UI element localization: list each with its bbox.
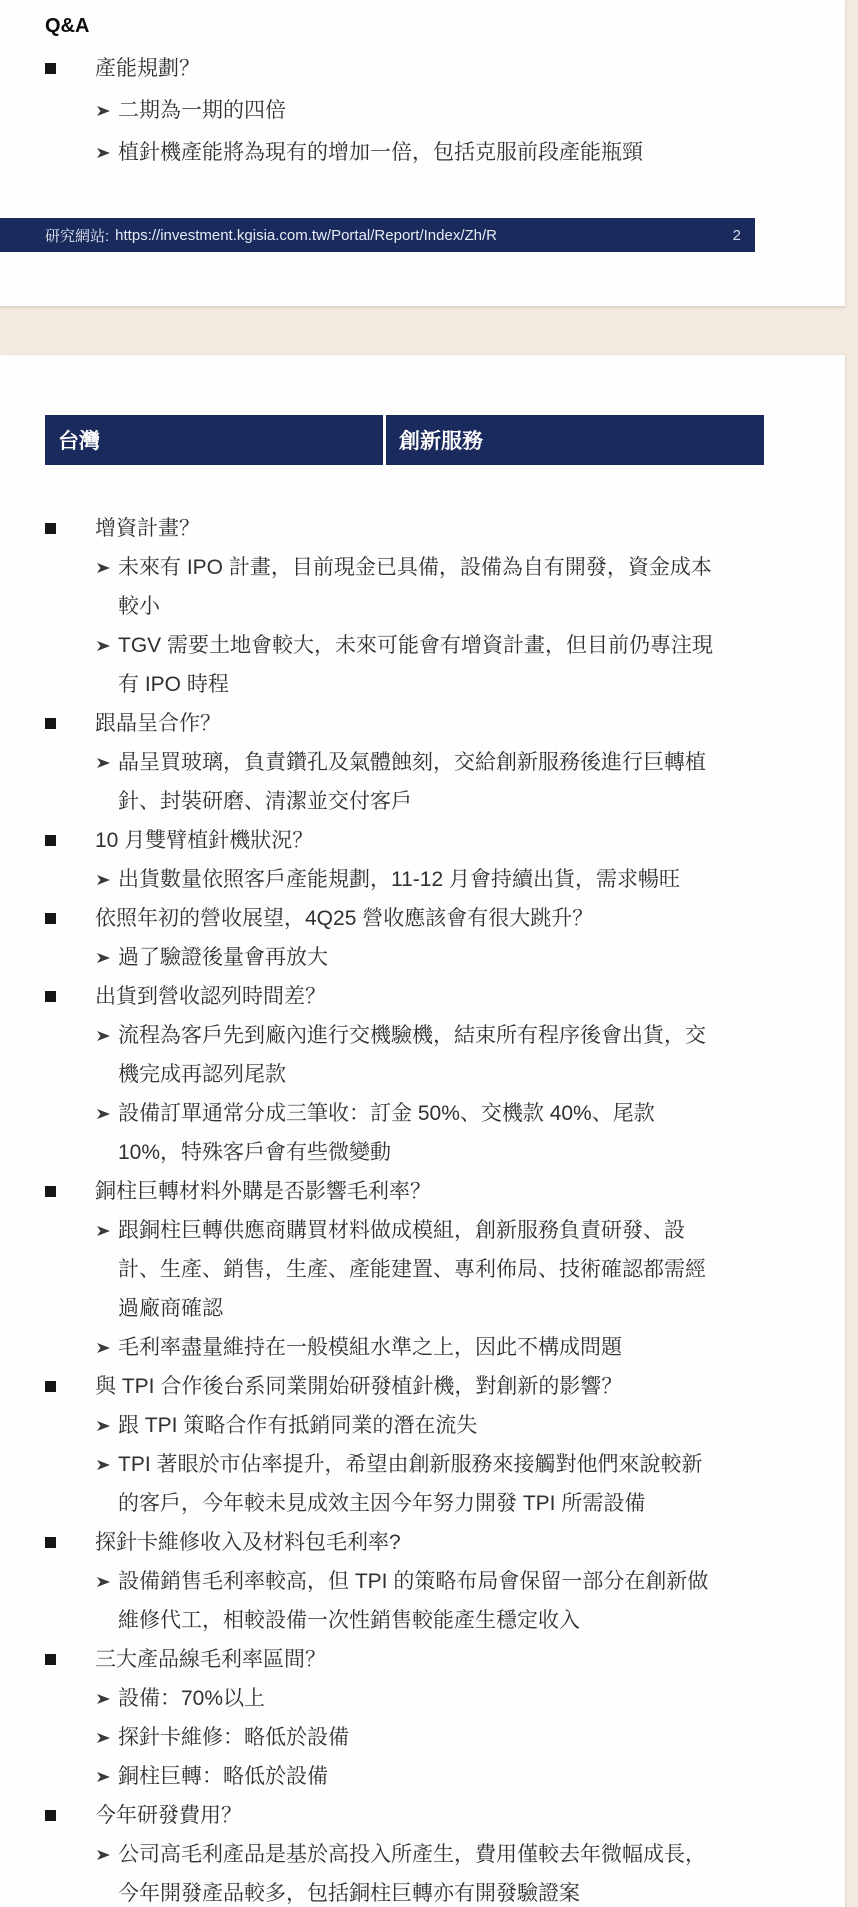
table-header-cell-region: 台灣 [45,415,386,465]
square-bullet-icon [45,1537,56,1548]
answer-row: 晶呈買玻璃，負責鑽孔及氣體蝕刻，交給創新服務後進行巨轉植 針、封裝研磨、清潔並交… [45,743,845,821]
answer-row: 銅柱巨轉：略低於設備 [45,1757,845,1796]
arrowhead-bullet-icon [95,1094,118,1127]
square-bullet-icon [45,63,56,74]
qa-item: 跟晶呈合作？ 晶呈買玻璃，負責鑽孔及氣體蝕刻，交給創新服務後進行巨轉植 針、封裝… [45,704,845,821]
answer-row: 出貨數量依照客戶產能規劃，11-12 月會持續出貨，需求暢旺 [45,860,845,899]
question-text: 增資計畫？ [95,509,200,548]
arrowhead-bullet-icon [95,1445,118,1478]
square-bullet-icon [45,991,56,1002]
qa-item: 三大產品線毛利率區間？ 設備：70%以上 探針卡維修：略低於設備 銅柱巨轉：略低… [45,1640,845,1796]
question-row: 出貨到營收認列時間差？ [45,977,845,1016]
question-text: 10 月雙臂植針機狀況？ [95,821,313,860]
arrowhead-bullet-icon [95,1757,118,1790]
question-text: 探針卡維修收入及材料包毛利率? [95,1523,401,1562]
arrowhead-bullet-icon [95,1679,118,1712]
answer-row: 跟 TPI 策略合作有抵銷同業的潛在流失 [45,1406,845,1445]
page1-qa-list: 產能規劃？ 二期為一期的四倍 植針機產能將為現有的增加一倍，包括克服前段產能瓶頸 [45,48,845,174]
answer-text: 流程為客戶先到廠內進行交機驗機，結束所有程序後會出貨，交 機完成再認列尾款 [118,1016,706,1094]
document-viewer: { "colors":{ "navy":"#1b2a5c", "page_bac… [0,0,858,1907]
answer-row: 設備訂單通常分成三筆收：訂金 50%、交機款 40%、尾款 10%，特殊客戶會有… [45,1094,845,1172]
arrowhead-bullet-icon [95,1016,118,1049]
question-row: 跟晶呈合作？ [45,704,845,743]
arrowhead-bullet-icon [95,938,118,971]
qa-item: 產能規劃？ 二期為一期的四倍 植針機產能將為現有的增加一倍，包括克服前段產能瓶頸 [45,48,845,174]
answer-text: 設備銷售毛利率較高，但 TPI 的策略布局會保留一部分在創新做 維修代工，相較設… [118,1562,708,1640]
qa-item: 探針卡維修收入及材料包毛利率? 設備銷售毛利率較高，但 TPI 的策略布局會保留… [45,1523,845,1640]
question-text: 依照年初的營收展望，4Q25 營收應該會有很大跳升？ [95,899,593,938]
answer-text: 二期為一期的四倍 [118,90,286,132]
arrowhead-bullet-icon [95,90,118,124]
qa-item: 10 月雙臂植針機狀況？ 出貨數量依照客戶產能規劃，11-12 月會持續出貨，需… [45,821,845,899]
table-header-cell-company: 創新服務 [386,415,764,465]
qa-section-heading: Q&A [45,0,845,40]
arrowhead-bullet-icon [95,1835,118,1868]
answer-row: 探針卡維修：略低於設備 [45,1718,845,1757]
answer-row: 過了驗證後量會再放大 [45,938,845,977]
answer-row: 毛利率盡量維持在一般模組水準之上，因此不構成問題 [45,1328,845,1367]
qa-item: 與 TPI 合作後台系同業開始研發植針機，對創新的影響？ 跟 TPI 策略合作有… [45,1367,845,1523]
question-text: 銅柱巨轉材料外購是否影響毛利率？ [95,1172,431,1211]
footer-page-number: 2 [733,227,741,244]
answer-row: 公司高毛利產品是基於高投入所產生，費用僅較去年微幅成長， 今年開發產品較多，包括… [45,1835,845,1907]
answer-text: 過了驗證後量會再放大 [118,938,328,977]
question-text: 與 TPI 合作後台系同業開始研發植針機，對創新的影響？ [95,1367,622,1406]
question-text: 跟晶呈合作？ [95,704,221,743]
answer-text: 未來有 IPO 計畫，目前現金已具備，設備為自有開發，資金成本 較小 [118,548,712,626]
qa-item: 銅柱巨轉材料外購是否影響毛利率？ 跟銅柱巨轉供應商購買材料做成模組，創新服務負責… [45,1172,845,1367]
question-row: 探針卡維修收入及材料包毛利率? [45,1523,845,1562]
page-2: 台灣 創新服務 增資計畫？ 未來有 IPO 計畫，目前現金已具備，設備為自有開發… [0,355,845,1907]
arrowhead-bullet-icon [95,1328,118,1361]
square-bullet-icon [45,835,56,846]
arrowhead-bullet-icon [95,132,118,166]
answer-row: 未來有 IPO 計畫，目前現金已具備，設備為自有開發，資金成本 較小 [45,548,845,626]
qa-item: 出貨到營收認列時間差？ 流程為客戶先到廠內進行交機驗機，結束所有程序後會出貨，交… [45,977,845,1172]
page2-qa-list: 增資計畫？ 未來有 IPO 計畫，目前現金已具備，設備為自有開發，資金成本 較小… [45,509,845,1907]
answer-text: 設備：70%以上 [118,1679,265,1718]
answer-text: TPI 著眼於市佔率提升，希望由創新服務來接觸對他們來說較新 的客戶，今年較未見… [118,1445,703,1523]
square-bullet-icon [45,913,56,924]
square-bullet-icon [45,1810,56,1821]
question-text: 三大產品線毛利率區間？ [95,1640,326,1679]
answer-row: TPI 著眼於市佔率提升，希望由創新服務來接觸對他們來說較新 的客戶，今年較未見… [45,1445,845,1523]
arrowhead-bullet-icon [95,626,118,659]
footer-site-label: 研究網站: [45,225,109,246]
question-row: 今年研發費用？ [45,1796,845,1835]
square-bullet-icon [45,1381,56,1392]
question-row: 依照年初的營收展望，4Q25 營收應該會有很大跳升？ [45,899,845,938]
square-bullet-icon [45,523,56,534]
answer-text: 設備訂單通常分成三筆收：訂金 50%、交機款 40%、尾款 10%，特殊客戶會有… [118,1094,655,1172]
answer-text: 晶呈買玻璃，負責鑽孔及氣體蝕刻，交給創新服務後進行巨轉植 針、封裝研磨、清潔並交… [118,743,706,821]
arrowhead-bullet-icon [95,1718,118,1751]
question-row: 銅柱巨轉材料外購是否影響毛利率？ [45,1172,845,1211]
footer-bar: 研究網站: https://investment.kgisia.com.tw/P… [0,218,755,252]
question-text: 今年研發費用？ [95,1796,242,1835]
answer-text: 出貨數量依照客戶產能規劃，11-12 月會持續出貨，需求暢旺 [118,860,680,899]
question-text: 出貨到營收認列時間差？ [95,977,326,1016]
footer-url-link[interactable]: https://investment.kgisia.com.tw/Portal/… [115,227,497,244]
page-1: Q&A 產能規劃？ 二期為一期的四倍 植針機產能將為現有的增加一倍，包括克服前段… [0,0,845,306]
answer-row: 跟銅柱巨轉供應商購買材料做成模組，創新服務負責研發、設 計、生產、銷售，生產、產… [45,1211,845,1328]
question-row: 增資計畫？ [45,509,845,548]
answer-row: 設備銷售毛利率較高，但 TPI 的策略布局會保留一部分在創新做 維修代工，相較設… [45,1562,845,1640]
answer-text: 探針卡維修：略低於設備 [118,1718,349,1757]
arrowhead-bullet-icon [95,1211,118,1244]
answer-text: 植針機產能將為現有的增加一倍，包括克服前段產能瓶頸 [118,132,643,174]
question-row: 三大產品線毛利率區間？ [45,1640,845,1679]
answer-text: 跟銅柱巨轉供應商購買材料做成模組，創新服務負責研發、設 計、生產、銷售，生產、產… [118,1211,706,1328]
answer-row: 流程為客戶先到廠內進行交機驗機，結束所有程序後會出貨，交 機完成再認列尾款 [45,1016,845,1094]
qa-item: 今年研發費用？ 公司高毛利產品是基於高投入所產生，費用僅較去年微幅成長， 今年開… [45,1796,845,1907]
answer-text: 跟 TPI 策略合作有抵銷同業的潛在流失 [118,1406,477,1445]
question-text: 產能規劃？ [95,48,200,90]
square-bullet-icon [45,718,56,729]
square-bullet-icon [45,1186,56,1197]
answer-text: 公司高毛利產品是基於高投入所產生，費用僅較去年微幅成長， 今年開發產品較多，包括… [118,1835,706,1907]
qa-item: 依照年初的營收展望，4Q25 營收應該會有很大跳升？ 過了驗證後量會再放大 [45,899,845,977]
answer-text: 銅柱巨轉：略低於設備 [118,1757,328,1796]
question-row: 10 月雙臂植針機狀況？ [45,821,845,860]
answer-row: 植針機產能將為現有的增加一倍，包括克服前段產能瓶頸 [45,132,845,174]
answer-row: TGV 需要土地會較大，未來可能會有增資計畫，但目前仍專注現 有 IPO 時程 [45,626,845,704]
page-gap [0,305,858,355]
region-product-table-header: 台灣 創新服務 [45,415,764,465]
arrowhead-bullet-icon [95,548,118,581]
arrowhead-bullet-icon [95,1406,118,1439]
answer-row: 二期為一期的四倍 [45,90,845,132]
square-bullet-icon [45,1654,56,1665]
arrowhead-bullet-icon [95,743,118,776]
qa-item: 增資計畫？ 未來有 IPO 計畫，目前現金已具備，設備為自有開發，資金成本 較小… [45,509,845,704]
answer-row: 設備：70%以上 [45,1679,845,1718]
arrowhead-bullet-icon [95,1562,118,1595]
question-row: 與 TPI 合作後台系同業開始研發植針機，對創新的影響？ [45,1367,845,1406]
arrowhead-bullet-icon [95,860,118,893]
answer-text: 毛利率盡量維持在一般模組水準之上，因此不構成問題 [118,1328,622,1367]
answer-text: TGV 需要土地會較大，未來可能會有增資計畫，但目前仍專注現 有 IPO 時程 [118,626,713,704]
question-row: 產能規劃？ [45,48,845,90]
